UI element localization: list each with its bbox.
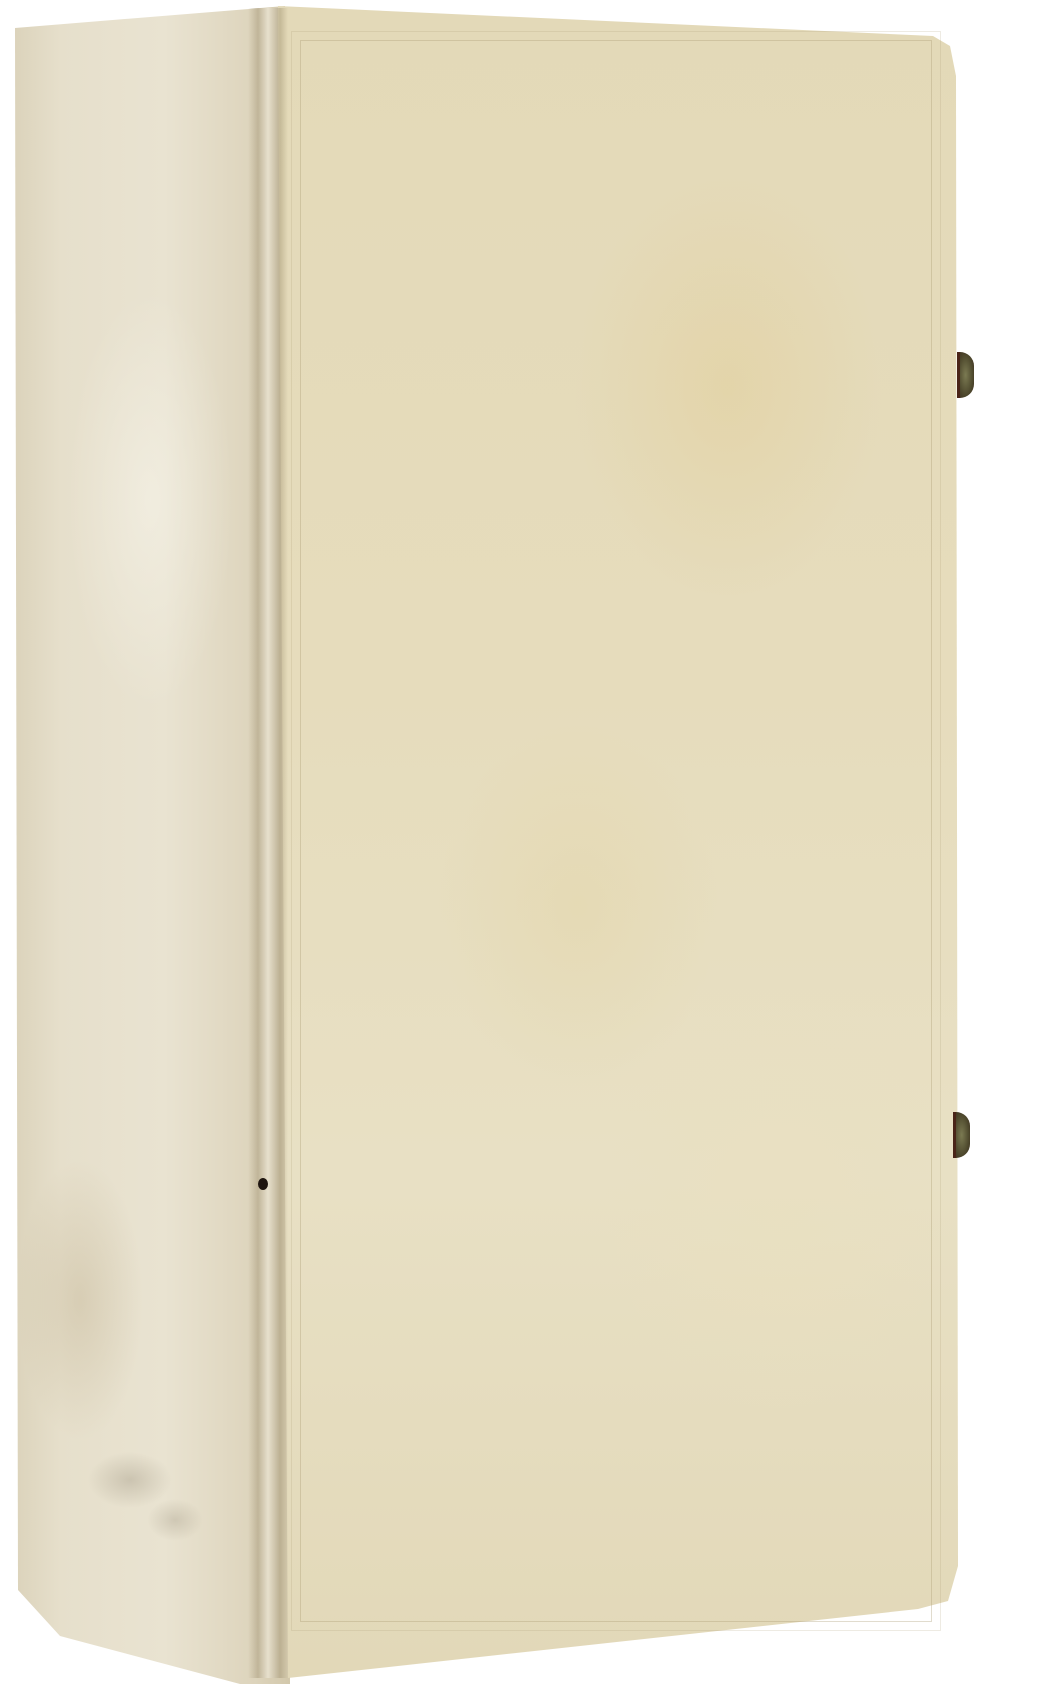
lower-clasp-icon bbox=[953, 1112, 970, 1158]
upper-clasp-icon bbox=[957, 352, 974, 398]
book-front-board bbox=[278, 6, 968, 1678]
wormhole bbox=[258, 1178, 268, 1190]
spine-hinge-crease bbox=[248, 8, 288, 1678]
book-photo bbox=[0, 0, 1047, 1684]
